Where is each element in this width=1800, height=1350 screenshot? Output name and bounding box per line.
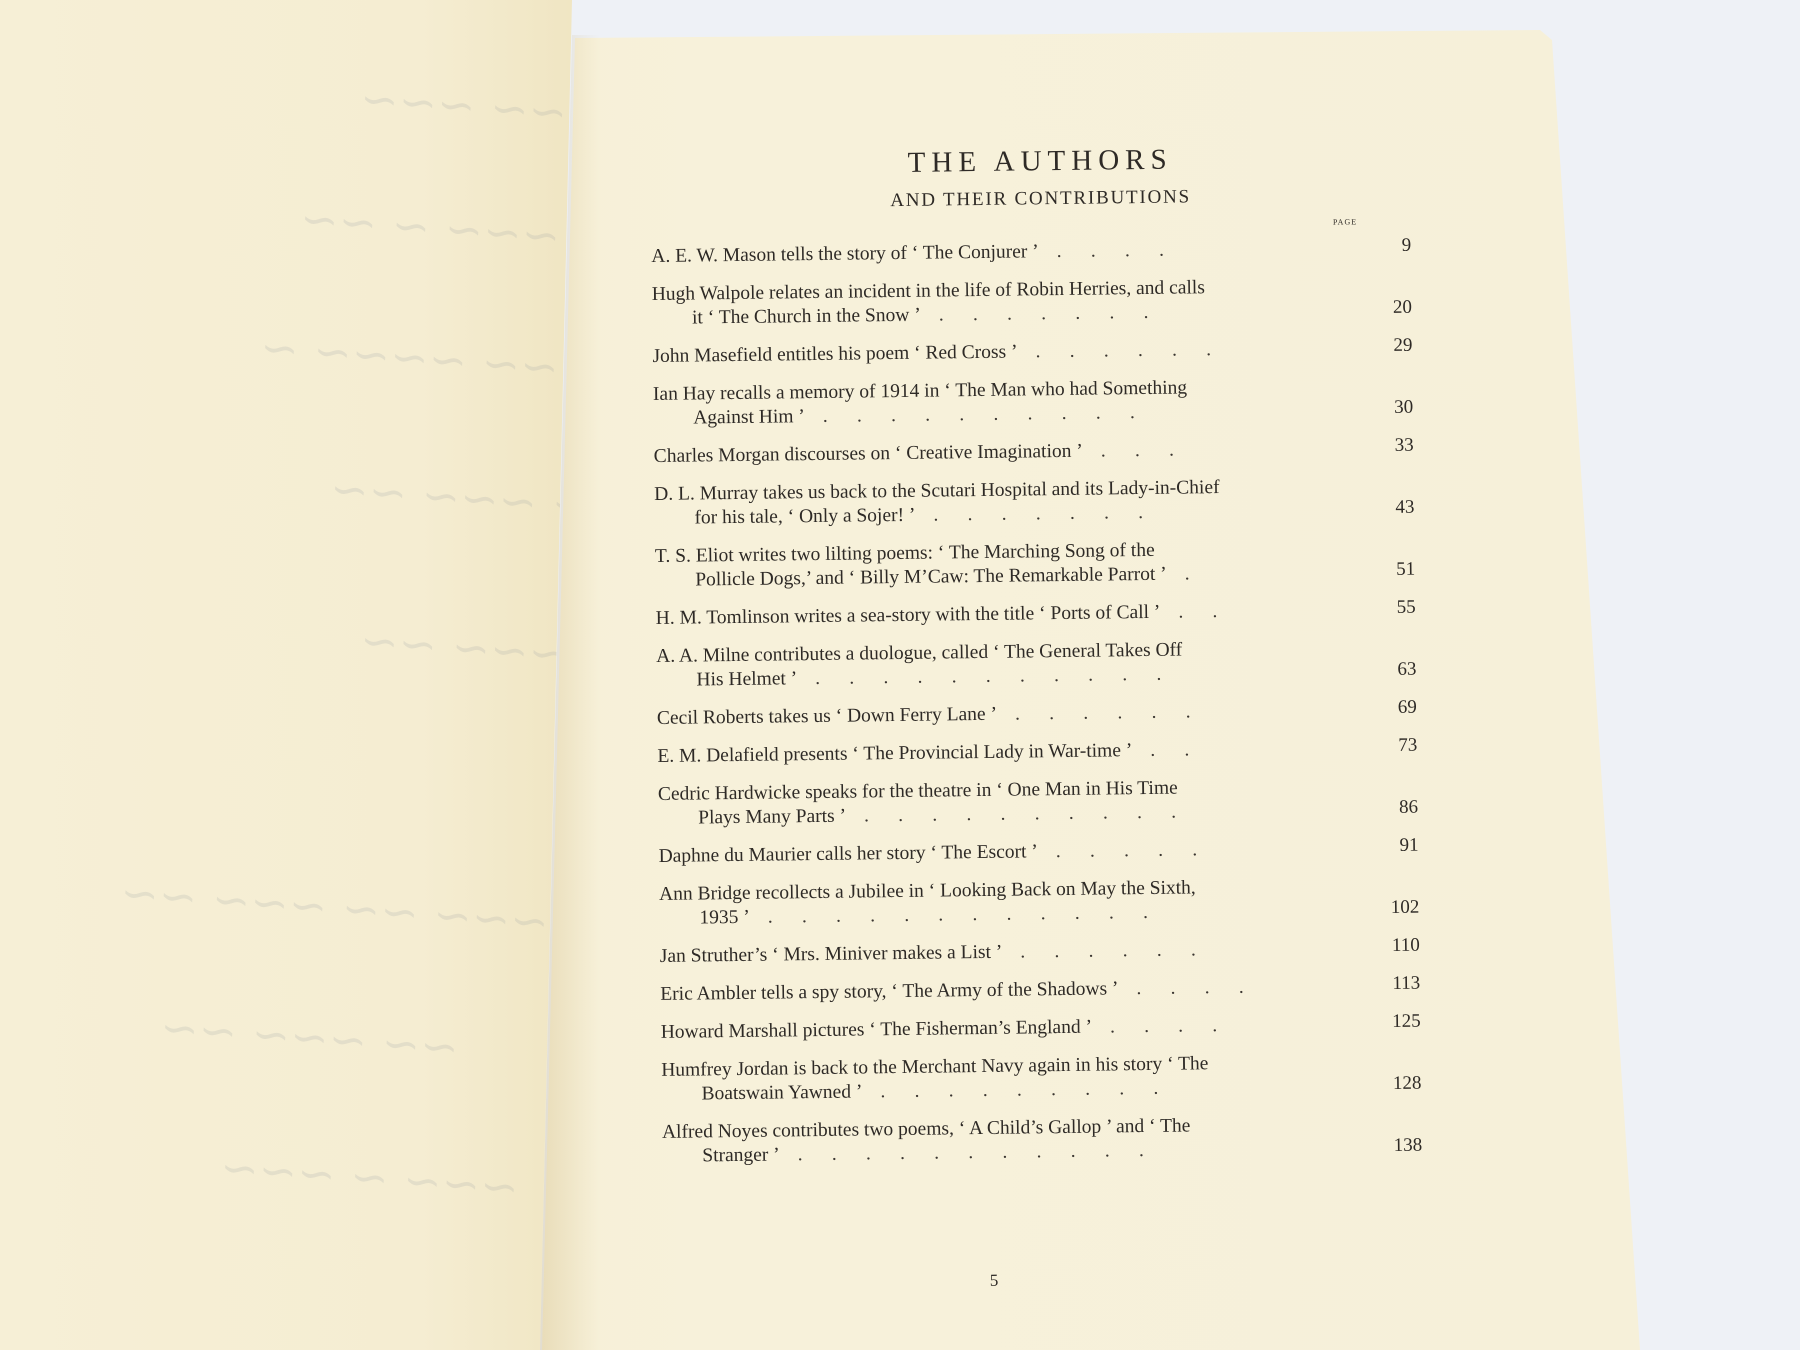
entry-text-span: Boatswain Yawned ’ [701,1081,862,1104]
entry-text-span: His Helmet ’ [696,668,797,690]
contents-entry: Howard Marshall pictures ‘ The Fisherman… [661,1012,1421,1045]
entry-page-number: 138 [1362,1134,1422,1159]
entry-text-span: Daphne du Maurier calls her story ‘ The … [659,841,1038,867]
handwriting-show-through: ~~~ ~~ [358,613,569,681]
entry-text-span: Cecil Roberts takes us ‘ Down Ferry Lane… [657,704,997,729]
entry-text-span: for his tale, ‘ Only a Sojer! ’ [694,505,915,529]
entry-page-number: 69 [1357,696,1417,721]
contents-entry: Jan Struther’s ‘ Mrs. Miniver makes a Li… [660,936,1420,969]
dot-leader: . . . . . . . [939,302,1149,326]
dot-leader: . . . . . . [1035,339,1211,362]
dot-leader: . . . . . . [1015,701,1191,724]
dot-leader: . . . . . . . [933,502,1143,526]
contents-entry: John Masefield entitles his poem ‘ Red C… [652,336,1412,369]
handwriting-show-through: ~~~ ~ ~~~ [218,1140,520,1215]
contents-list: A. E. W. Mason tells the story of ‘ The … [651,236,1422,1183]
entry-text-span: E. M. Delafield presents ‘ The Provincia… [657,740,1132,767]
entry-text-span: Against Him ’ [693,406,805,428]
dot-leader: . . [1178,601,1217,622]
dot-leader: . [1185,563,1190,584]
entry-text-span: A. E. W. Mason tells the story of ‘ The … [651,241,1039,267]
contents-entry: E. M. Delafield presents ‘ The Provincia… [657,736,1417,769]
entry-text: Daphne du Maurier calls her story ‘ The … [658,836,1418,869]
entry-text-span: Stranger ’ [702,1144,780,1166]
contents-entry: Ann Bridge recollects a Jubilee in ‘ Loo… [659,874,1420,931]
contents-entry: D. L. Murray takes us back to the Scutar… [654,474,1415,531]
entry-page-number: 128 [1361,1072,1421,1097]
handwriting-show-through: ~~~ ~ ~~ [298,191,562,263]
entry-text-span: Jan Struther’s ‘ Mrs. Miniver makes a Li… [660,942,1003,967]
handwriting-show-through: ~~ ~~~~ ~ [258,320,560,395]
dot-leader: . . . . [1110,1015,1217,1037]
entry-page-number: 51 [1355,558,1415,583]
handwriting-show-through: ~~ ~~~ ~~ [158,1000,460,1075]
contents-entry: Charles Morgan discourses on ‘ Creative … [654,436,1414,469]
dot-leader: . . . [1101,440,1174,462]
entry-page-number: 55 [1356,596,1416,621]
contents-entry: Eric Ambler tells a spy story, ‘ The Arm… [660,974,1420,1007]
entry-page-number: 125 [1361,1010,1421,1035]
entry-text-span: John Masefield entitles his poem ‘ Red C… [652,342,1017,367]
entry-text-span: 1935 ’ [699,907,750,929]
entry-page-number: 73 [1357,734,1417,759]
entry-text: John Masefield entitles his poem ‘ Red C… [652,336,1412,369]
dot-leader: . . . . . . . . . . . [798,1140,1144,1165]
entry-page-number: 43 [1354,496,1414,521]
entry-text-span: H. M. Tomlinson writes a sea-story with … [656,602,1161,629]
entry-page-number: 30 [1353,396,1413,421]
dot-leader: . . . . . . . . . . . [815,664,1161,689]
entry-text-span: it ‘ The Church in the Snow ’ [692,305,921,329]
entry-page-number: 20 [1352,296,1412,321]
contents-entry: Daphne du Maurier calls her story ‘ The … [658,836,1418,869]
entry-page-number: 29 [1352,334,1412,359]
dot-leader: . . . . . . . . . [880,1078,1158,1102]
left-page: ~ ~~ ~~~ ~~~ ~ ~~ ~~ ~~~~ ~ ~ ~~~ ~~ ~~~… [0,0,600,1350]
contents-entry: H. M. Tomlinson writes a sea-story with … [656,598,1416,631]
contents-entry: A. A. Milne contributes a duologue, call… [656,636,1417,693]
entry-page-number: 102 [1359,896,1419,921]
entry-page-number: 86 [1358,796,1418,821]
contents-entry: Alfred Noyes contributes two poems, ‘ A … [662,1112,1423,1169]
entry-page-number: 63 [1356,658,1416,683]
entry-text: Eric Ambler tells a spy story, ‘ The Arm… [660,974,1420,1007]
entry-page-number: 9 [1351,234,1411,259]
entry-text: Jan Struther’s ‘ Mrs. Miniver makes a Li… [660,936,1420,969]
handwriting-show-through: ~ ~~~ ~~ [328,461,592,533]
entry-page-number: 91 [1358,834,1418,859]
dot-leader: . . . . . . . . . . [864,802,1176,827]
dot-leader: . . . . . . . . . . . . [768,902,1148,928]
entry-text: Howard Marshall pictures ‘ The Fisherman… [661,1012,1421,1045]
contents-entry: Humfrey Jordan is back to the Merchant N… [661,1050,1422,1107]
handwriting-show-through: ~~~ ~~ ~~~ ~~ [119,865,551,949]
contents-entry: T. S. Eliot writes two lilting poems: ‘ … [655,536,1416,593]
contents-entry: Ian Hay recalls a memory of 1914 in ‘ Th… [653,374,1414,431]
contents-page: THE AUTHORS AND THEIR CONTRIBUTIONS PAGE… [650,141,1391,215]
contents-entry: Cedric Hardwicke speaks for the theatre … [658,774,1419,831]
entry-text-span: Eric Ambler tells a spy story, ‘ The Arm… [660,978,1118,1005]
dot-leader: . . . . [1057,240,1164,262]
entry-page-number: 33 [1354,434,1414,459]
dot-leader: . . . . . . . . . . [823,402,1135,427]
entry-text-span: Howard Marshall pictures ‘ The Fisherman… [661,1017,1092,1043]
entry-text-span: Plays Many Parts ’ [698,806,846,829]
entry-text: E. M. Delafield presents ‘ The Provincia… [657,736,1417,769]
page-column-label: PAGE [1333,217,1357,226]
entry-page-number: 113 [1360,972,1420,997]
dot-leader: . . . . . [1056,839,1198,862]
dot-leader: . . . . [1136,977,1243,999]
entry-text: Charles Morgan discourses on ‘ Creative … [654,436,1414,469]
entry-text: H. M. Tomlinson writes a sea-story with … [656,598,1416,631]
entry-page-number: 110 [1360,934,1420,959]
contents-entry: Cecil Roberts takes us ‘ Down Ferry Lane… [657,698,1417,731]
entry-text-span: Pollicle Dogs,’ and ‘ Billy M’Caw: The R… [695,564,1167,591]
page-number: 5 [990,1271,999,1291]
dot-leader: . . [1150,739,1189,760]
dot-leader: . . . . . . [1020,939,1196,962]
entry-text-span: Charles Morgan discourses on ‘ Creative … [654,441,1083,467]
entry-text: Cecil Roberts takes us ‘ Down Ferry Lane… [657,698,1417,731]
contents-entry: Hugh Walpole relates an incident in the … [652,274,1413,331]
